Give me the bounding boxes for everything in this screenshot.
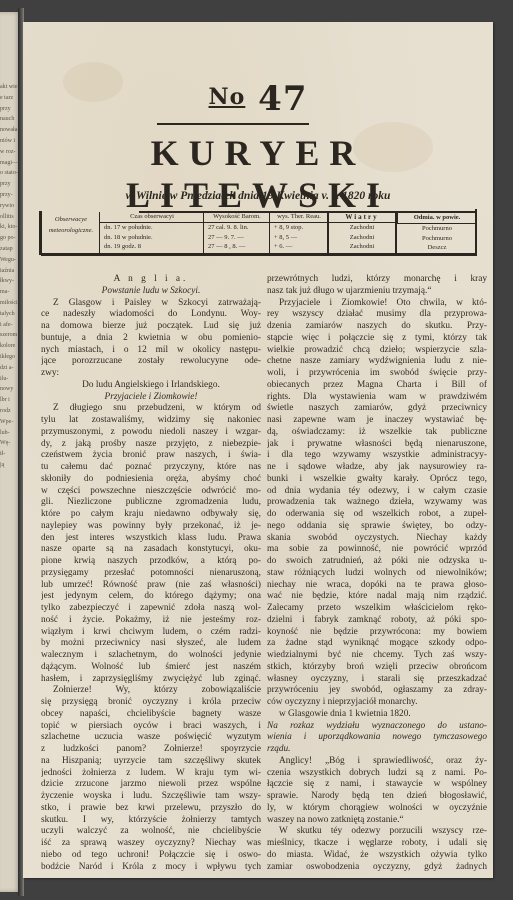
- text-line: iść za sprawą waszey oyczyzny? Niechay w…: [41, 838, 261, 850]
- text-line: Żołnierze! Wy, którzy zobowiązaliście: [41, 685, 261, 697]
- text-line: hasłem, i zaprzysięgliśmy zwyciężyć lub …: [41, 674, 261, 686]
- table-cell: Pochmurno: [397, 234, 477, 244]
- text-line: bodźcie Naród i Króla z mocy i wpływu ty…: [41, 862, 261, 874]
- text-line: w części powszechne nieszczęście odwróci…: [41, 486, 261, 498]
- text-line: sprawie. Narody będą ten dzień błogosław…: [267, 791, 487, 803]
- text-line: przymuszonymi, z powodu niedoli naszey i…: [41, 427, 261, 439]
- text-line: skłoniły do podniesienia oręża, abyśmy c…: [41, 474, 261, 486]
- text-line: woli, i przywrócenia im swobód święcie p…: [267, 368, 487, 380]
- text-line: obcey napaści, chcielibyście bagnety was…: [41, 709, 261, 721]
- text-line: Powstanie ludu w Szkocyi.: [41, 286, 261, 298]
- text-line: skutku. I wy, którzyście żołnierzy tamty…: [41, 815, 261, 827]
- text-line: wać nie będzie, które nadal mają nim rzą…: [267, 591, 487, 603]
- text-line: życzenie woyska i ludu. Szczęśliwie tam …: [41, 791, 261, 803]
- text-line: tu całemu dać poznać przyczyny, które na…: [41, 462, 261, 474]
- text-line: przywróceniu jey swobód, ogłaszamy za zd…: [267, 685, 487, 697]
- text-line: chetne nasze zamiary wydźwignienia ludu …: [267, 356, 487, 368]
- text-line: obiecanych przez Magna Charta i Bill of: [267, 380, 487, 392]
- text-line: nasze oparte są na zasadach konstytucyi,…: [41, 544, 261, 556]
- text-line: jest jedynym celem, do którego dążymy; o…: [41, 591, 261, 603]
- newspaper-page: No 47 KURYER LITEWSKI w Wilnie w Pniedzi…: [23, 22, 493, 878]
- text-line: Z Glasgow i Paisley w Szkocyi zatrważają…: [41, 298, 261, 310]
- weather-col-conditions: Odmia. w powie. Pochmurno Pochmurno Desz…: [395, 212, 477, 253]
- text-line: dążącym. Wolność lub śmierć jest naszém: [41, 662, 261, 674]
- text-line: koyność nie będzie przywrócona: my bowie…: [267, 627, 487, 639]
- article-column-right: przewrótnych ludzi, którzy monarchę i kr…: [267, 274, 487, 873]
- text-line: uczyli walczyć za wolność, nie chcieliby…: [41, 826, 261, 838]
- text-line: które po całym kraju niedawno odbywały s…: [41, 509, 261, 521]
- weather-table: Obserwacye meteorologiczne. Czas obserwa…: [39, 204, 479, 260]
- text-line: A n g l i a.: [41, 274, 261, 286]
- text-line: do oderwania się od wszelkich robot, a z…: [267, 509, 487, 521]
- text-line: tylu lat zostawaliśmy, widzimy się nakon…: [41, 415, 261, 427]
- text-line: niechay nie wraca, dopóki na te prawa gł…: [267, 580, 487, 592]
- text-line: dą, oświadczamy: iż wszelkie tak publicz…: [267, 427, 487, 439]
- text-line: prowadzenia tak ważnego dzieła, wzywamy …: [267, 497, 487, 509]
- previous-page-text: akt wie e tarz przy nauch nowała- niów i…: [0, 82, 20, 471]
- text-line: ma sobie za powinność, nie powrócić wprz…: [267, 544, 487, 556]
- text-line: W skutku téy odezwy porzucili wszyscy rz…: [267, 826, 487, 838]
- text-line: dzicie zrzucone jarzmo niewoli przez wsp…: [41, 779, 261, 791]
- weather-col-barometer: Wysokość Barom. 27 cal. 9. 8. lin. 27 — …: [203, 212, 270, 253]
- text-line: szlachetne uczucia wasze poświęcić wyzut…: [41, 732, 261, 744]
- column-header: Wysokość Barom.: [204, 212, 270, 223]
- table-border: [41, 253, 477, 256]
- text-line: stkich, którzyby broń wzięli przeciw obr…: [267, 662, 487, 674]
- text-line: lub umrzeć! Równość praw (nie zaś własno…: [41, 580, 261, 592]
- text-line: rights. Dla wystawienia wam w prawdziwém: [267, 392, 487, 404]
- text-line: walecznym i szlachetnym, do wolności jed…: [41, 650, 261, 662]
- text-line: do swoich zatrudnień, aż póki nie odzysk…: [267, 556, 487, 568]
- text-line: własney oyczyzny, i starali się przeszka…: [267, 674, 487, 686]
- text-line: Na rozkaz wydziału wyznaczonego do ustan…: [267, 721, 487, 733]
- text-line: nasz tak już długo w ujarzmieniu trzymaj…: [267, 286, 487, 298]
- text-line: staw różniących ludzi wolnych od niewoln…: [267, 568, 487, 580]
- text-line: dy, z jaką prośby nasze przyjęto, z nieb…: [41, 439, 261, 451]
- table-border: [39, 211, 42, 255]
- table-cell: Zachodni: [329, 223, 395, 233]
- weather-col-time: Czas obserwacyi dn. 17 w południe. dn. 1…: [99, 212, 204, 253]
- text-line: Przyjaciele i Ziomkowie! Oto chwila, w k…: [267, 298, 487, 310]
- table-cell: + 8, 9 stop.: [270, 223, 328, 233]
- text-line: buntuje, a dnia 2 kwietnia w obu pomieni…: [41, 333, 261, 345]
- weather-col-thermometer: wys. Ther. Reau. + 8, 9 stop. + 8, 5 — +…: [269, 212, 328, 253]
- text-line: do miasta. Widać, że wszystkich ożywia t…: [267, 850, 487, 862]
- text-line: waszey na nowo zatkniętą zostanie.“: [267, 815, 487, 827]
- table-cell: + 6. —: [270, 242, 328, 252]
- column-header: wys. Ther. Reau.: [270, 212, 328, 223]
- text-line: od dnia wydania téy odezwy, i w całym cz…: [267, 486, 487, 498]
- text-line: naylepiey was powinny były przekonać, iż…: [41, 521, 261, 533]
- previous-page-edge: akt wie e tarz przy nauch nowała- niów i…: [0, 12, 20, 892]
- table-cell: Zachodni: [329, 233, 395, 243]
- text-line: Przyjaciele i Ziomkowie!: [41, 392, 261, 404]
- text-line: gli. Niezliczone publiczne zgromadzenia …: [41, 497, 261, 509]
- issue-number: No 47: [23, 79, 493, 119]
- text-line: na Hiszpanią; uyrzycie tam szczęśliwy sk…: [41, 756, 261, 768]
- text-line: nych miastach, i o 12 mil w okolicy nast…: [41, 345, 261, 357]
- weather-col-winds: Wiatry Zachodni Zachodni Zachodni: [327, 212, 395, 253]
- text-line: pione krwią naszych przodków, a którą po…: [41, 556, 261, 568]
- text-line: rey wszyscy działać musimy dla przyprowa…: [267, 309, 487, 321]
- table-cell: dn. 18 w południe.: [100, 233, 204, 243]
- text-line: świetle naszych zamiarów, gdyż przeciwni…: [267, 403, 487, 415]
- text-line: niebo od tego uchroni! Połączcie się i o…: [41, 850, 261, 862]
- text-line: mieślnicy, tkacze i węglarze roboty, i u…: [267, 838, 487, 850]
- text-line: Z długiego snu przebudzeni, w którym od: [41, 403, 261, 415]
- text-line: ność i życie. Pokażmy, iż nie jesteśmy r…: [41, 615, 261, 627]
- text-line: przysięgamy przesłać potomności nienarus…: [41, 568, 261, 580]
- text-line: zamiar oswobodzenia oyczyzny, gdyż żadny…: [267, 862, 487, 874]
- text-line: czeństwem życia bronić praw naszych, i ś…: [41, 450, 261, 462]
- table-cell: dn. 19 godz. 8: [100, 242, 204, 252]
- text-line: wielkie prowadzić chcą dzieło; wspierzyc…: [267, 345, 487, 357]
- text-line: w Glasgowie dnia 1 kwietnia 1820.: [267, 709, 487, 721]
- text-line: skania swobód oyczystych. Niechay każdy: [267, 533, 487, 545]
- article-column-left: A n g l i a.Powstanie ludu w Szkocyi.Z G…: [41, 274, 261, 873]
- text-line: jak i prywatne własności będą nienaruszo…: [267, 439, 487, 451]
- text-line: dzenia zamiarów naszych do skutku. Przy-: [267, 321, 487, 333]
- text-line: jące porozrzucane zostały rewolucyyne od…: [41, 356, 261, 368]
- text-line: Anglicy! „Bóg i sprawiedliwość, oraz ży-: [267, 756, 487, 768]
- text-line: ly, w którym chorągiew wolności w oyczyź…: [267, 803, 487, 815]
- text-line: den jest interes wszystkich klass ludu. …: [41, 533, 261, 545]
- text-line: się przysięgą bronić oyczyzny i króla pr…: [41, 697, 261, 709]
- text-line: dzielni i fabryk zamknąć roboty, aż póki…: [267, 615, 487, 627]
- text-line: Do ludu Angielskiego i Irlandskiego.: [41, 380, 261, 392]
- column-header: Wiatry: [329, 212, 395, 223]
- text-line: by możni przeciwnicy nasi słyszeć, ale l…: [41, 638, 261, 650]
- table-cell: Zachodni: [329, 242, 395, 252]
- text-line: topić w piersiach oyców i braci waszych,…: [41, 721, 261, 733]
- text-line: tylko zabezpieczyć i zapewnić zdoła nasz…: [41, 603, 261, 615]
- table-cell: dn. 17 w południe.: [100, 223, 204, 233]
- text-line: czenia wszystkich dobrych ludzi są z nam…: [267, 768, 487, 780]
- text-line: wiedzialnymi być nie chcemy. Tych zaś ws…: [267, 650, 487, 662]
- text-line: ców oyczyzny i nieprzyjaciół monarchy.: [267, 697, 487, 709]
- text-line: zwy:: [41, 368, 261, 380]
- text-line: stko, i prawie bez krwi przelewu, przysz…: [41, 803, 261, 815]
- table-cell: 27 — 9. 7. —: [204, 233, 270, 243]
- text-line: przewrótnych ludzi, którzy monarchę i kr…: [267, 274, 487, 286]
- text-line: i dla tego wzywamy wszystkie administrac…: [267, 450, 487, 462]
- text-line: z ludzkości panom? Żołnierze! spoyrzycie: [41, 744, 261, 756]
- number-prefix: No: [209, 84, 246, 110]
- text-line: ne i sądowe władze, aby jak naysurowiey …: [267, 462, 487, 474]
- text-line: bunki i wszelkie gwałty karały. Oprócz t…: [267, 474, 487, 486]
- text-line: na domowa bierze już początek. Lud się j…: [41, 321, 261, 333]
- text-line: Zalecamy przeto wszelkim właścicielom rę…: [267, 603, 487, 615]
- weather-label: Obserwacye meteorologiczne.: [45, 212, 97, 256]
- text-line: stąpcie więc i połączcie się z tymi, któ…: [267, 333, 487, 345]
- text-line: rządu.: [267, 744, 487, 756]
- table-cell: Deszcz: [397, 243, 477, 253]
- text-line: nego oddania się sprawie świętey, bo odz…: [267, 521, 487, 533]
- table-cell: 27 — 8 , 8. —: [204, 242, 270, 252]
- column-header: Odmia. w powie.: [397, 212, 477, 224]
- text-line: ce nadeszły wiadomości do Londynu. Woy-: [41, 309, 261, 321]
- title-rule: [157, 123, 309, 125]
- text-line: jedności żołnierza z ludem. W kraju tym …: [41, 768, 261, 780]
- column-header: Czas obserwacyi: [100, 212, 204, 223]
- text-line: łączcie się z nami, i stawaycie w wspóln…: [267, 779, 487, 791]
- text-line: wienia i uporządkowania nowego tymczasow…: [267, 732, 487, 744]
- table-cell: + 8, 5 —: [270, 233, 328, 243]
- table-cell: Pochmurno: [397, 224, 477, 234]
- text-line: wiązłym i krwi chciwym ludem, o czém rad…: [41, 627, 261, 639]
- table-cell: 27 cal. 9. 8. lin.: [204, 223, 270, 233]
- number-value: 47: [258, 79, 307, 119]
- text-line: nasi zapewne wam je inaczey wystawiać bę…: [267, 415, 487, 427]
- dateline: w Wilnie w Pniedziałek dnia 19 Kwietnia …: [23, 190, 493, 202]
- text-line: za żadne stąd wyniknąć mogące szkody odp…: [267, 638, 487, 650]
